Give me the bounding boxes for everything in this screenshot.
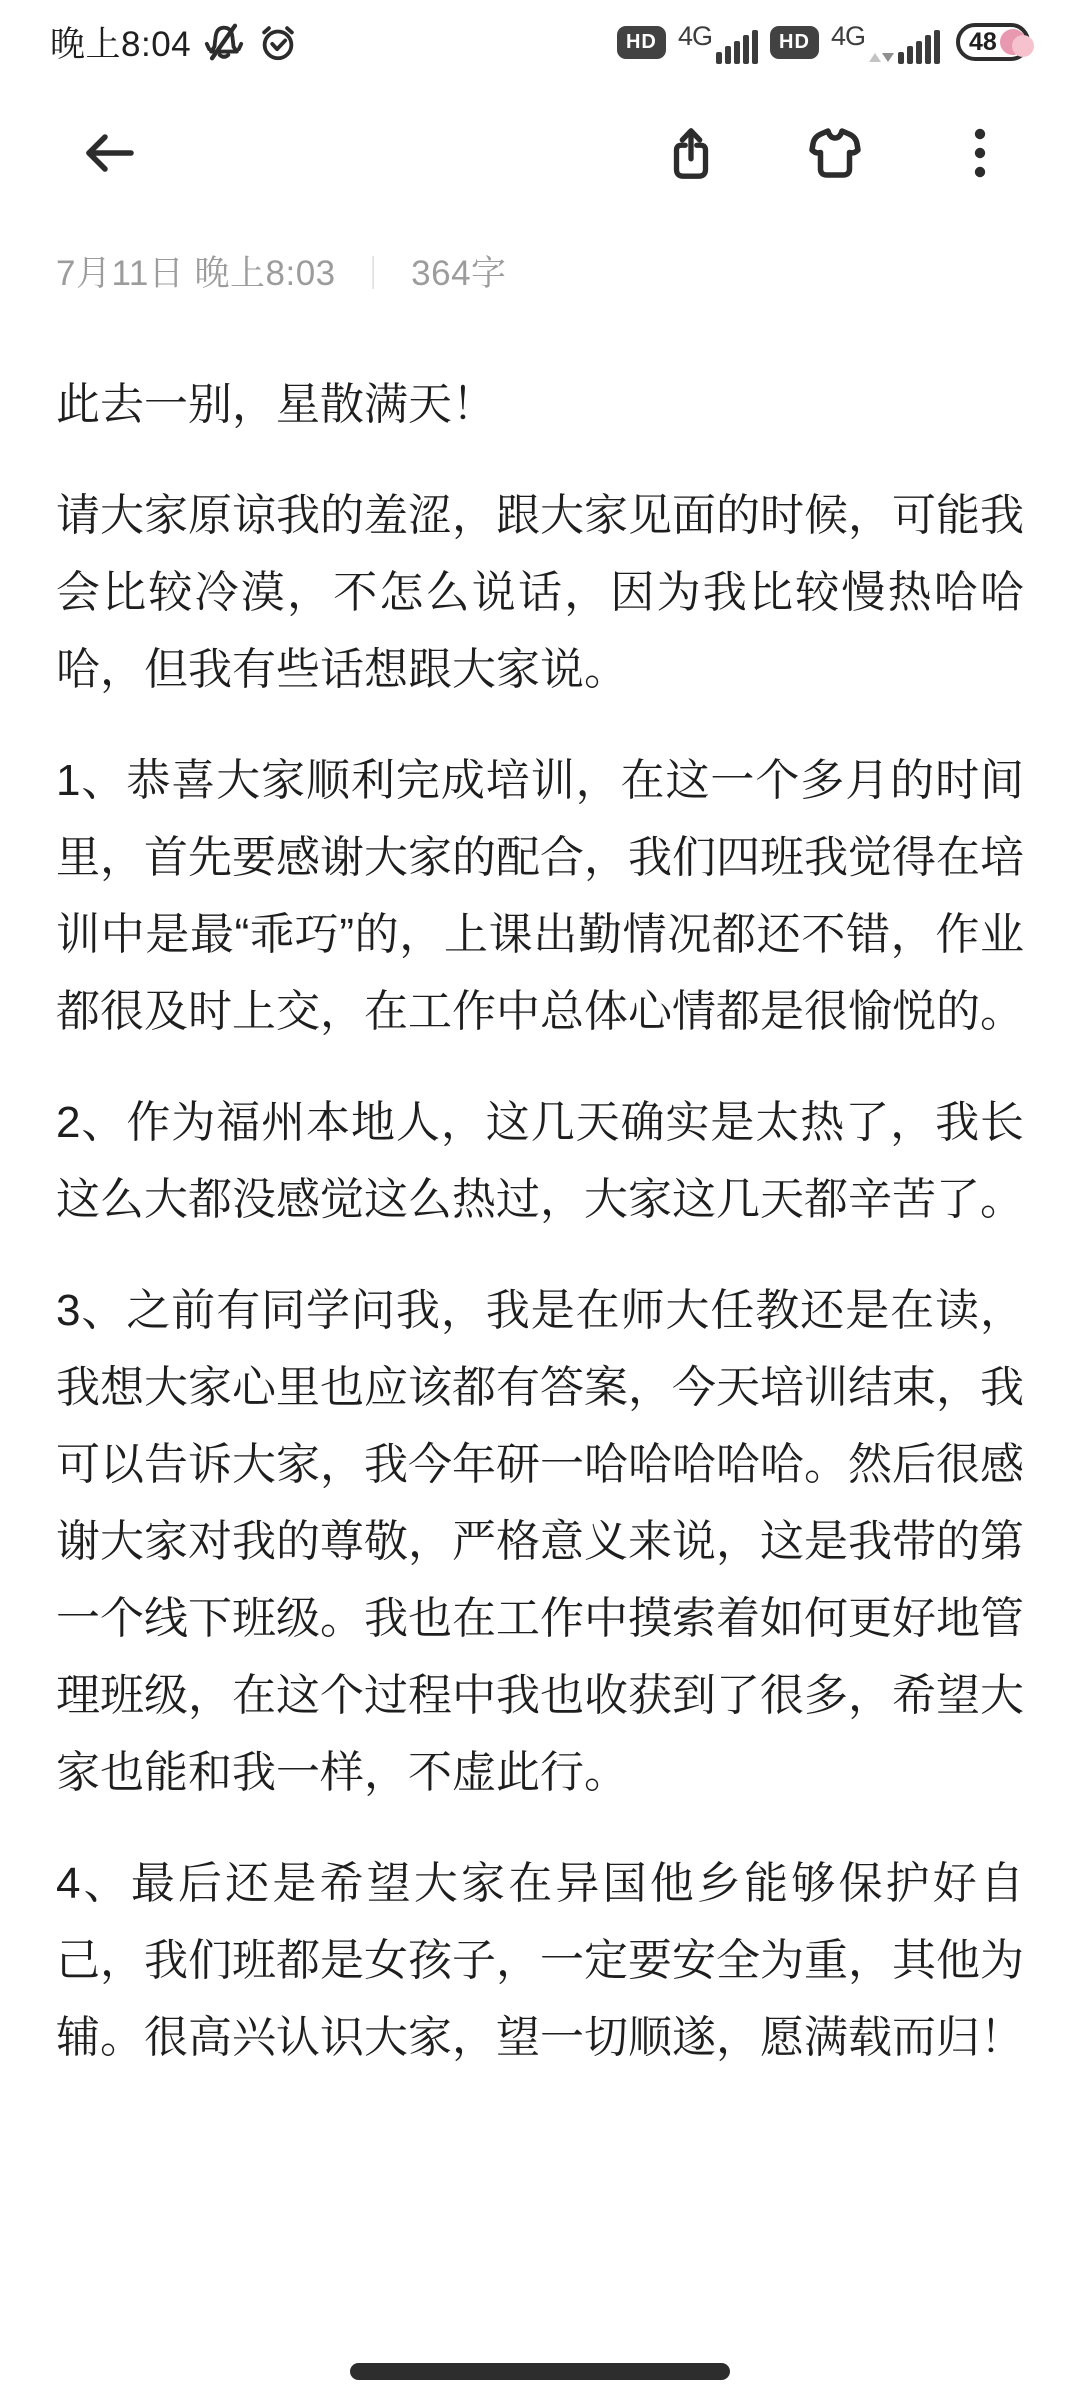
signal-bars-icon-sim2 <box>898 30 940 64</box>
volte-hd-badge-sim2: HD <box>770 26 819 59</box>
note-word-count: 364字 <box>411 246 506 296</box>
notes-app-screen: 晚上8:04 HD 4G HD <box>0 0 1080 2400</box>
status-bar-right: HD 4G HD 4G 48 <box>617 20 1030 64</box>
note-meta: 7月11日 晚上8:03 ｜ 364字 <box>0 246 1080 296</box>
alarm-clock-icon <box>257 21 299 63</box>
battery-percent: 48 <box>969 28 997 57</box>
note-toolbar <box>0 110 1080 196</box>
volte-hd-badge-sim1: HD <box>617 26 666 59</box>
note-paragraph: 4、最后还是希望大家在异国他乡能够保护好自己，我们班都是女孩子，一定要安全为重，… <box>56 1845 1024 2076</box>
more-menu-icon[interactable] <box>973 128 987 178</box>
note-body[interactable]: 此去一别，星散满天！ 请大家原谅我的羞涩，跟大家见面的时候，可能我会比较冷漠，不… <box>0 366 1080 2076</box>
signal-bars-icon-sim1 <box>716 30 758 64</box>
status-bar: 晚上8:04 HD 4G HD <box>0 0 1080 76</box>
note-datetime: 7月11日 晚上8:03 <box>56 246 336 296</box>
note-paragraph: 请大家原谅我的羞涩，跟大家见面的时候，可能我会比较冷漠，不怎么说话，因为我比较慢… <box>56 477 1024 708</box>
share-icon[interactable] <box>667 124 715 182</box>
note-paragraph: 1、恭喜大家顺利完成培训，在这一个多月的时间里，首先要感谢大家的配合，我们四班我… <box>56 742 1024 1050</box>
status-time: 晚上8:04 <box>50 17 191 67</box>
note-paragraph: 此去一别，星散满天！ <box>56 366 1024 443</box>
vibrate-mute-icon <box>203 21 245 63</box>
signal-sim2: 4G <box>831 20 940 64</box>
meta-separator: ｜ <box>357 248 391 295</box>
network-type-sim2: 4G <box>831 23 865 50</box>
network-type-sim1: 4G <box>678 23 712 50</box>
note-paragraph: 2、作为福州本地人，这几天确实是太热了，我长这么大都没感觉这么热过，大家这几天都… <box>56 1084 1024 1238</box>
back-arrow-icon[interactable] <box>78 128 138 178</box>
status-bar-left: 晚上8:04 <box>50 17 299 67</box>
note-paragraph: 3、之前有同学问我，我是在师大任教还是在读，我想大家心里也应该都有答案，今天培训… <box>56 1272 1024 1811</box>
battery-charge-blob-small <box>1012 35 1034 57</box>
battery-icon: 48 <box>956 23 1030 61</box>
data-activity-arrows-icon <box>869 53 894 62</box>
signal-sim1: 4G <box>678 20 758 64</box>
tshirt-theme-icon[interactable] <box>807 126 863 180</box>
home-indicator-bar[interactable] <box>350 2363 730 2380</box>
